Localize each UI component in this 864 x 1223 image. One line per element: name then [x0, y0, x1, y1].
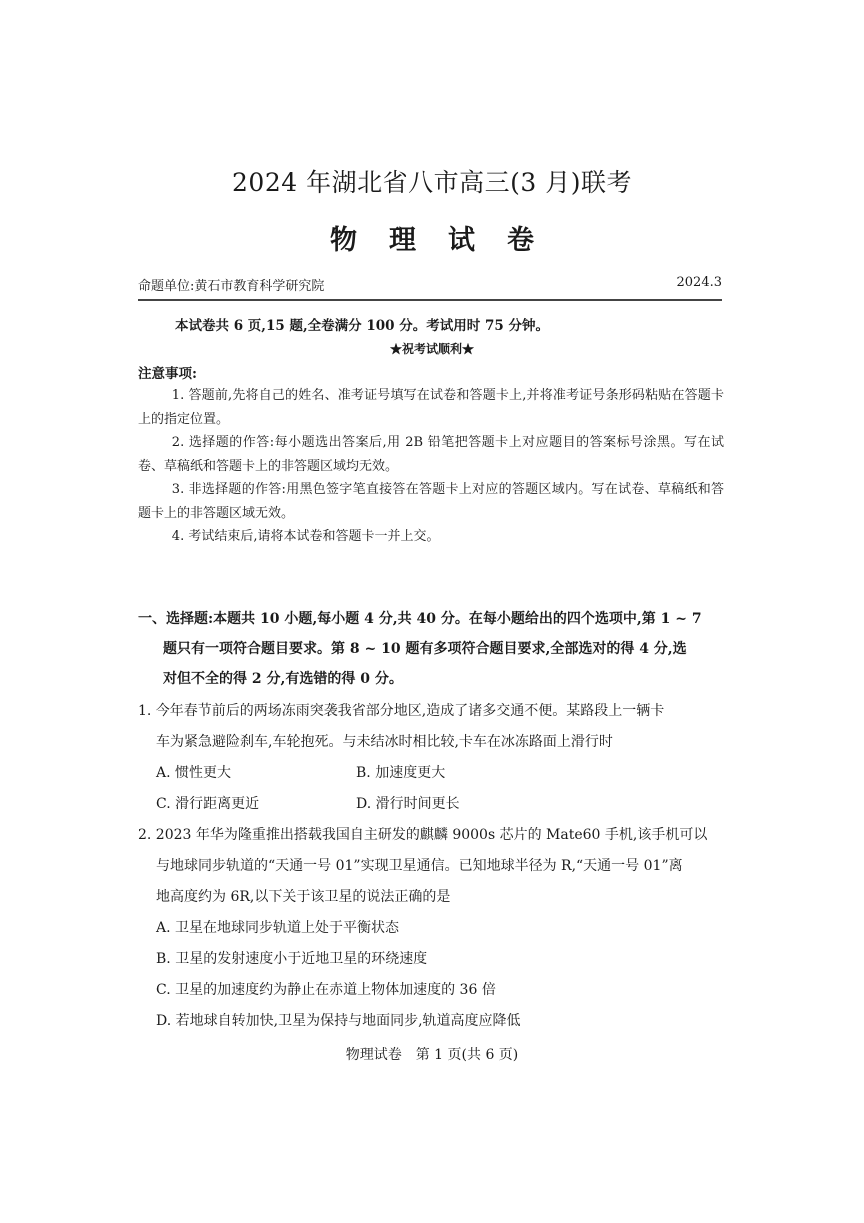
section-heading: 一、选择题:本题共 10 小题,每小题 4 分,共 40 分。在每小题给出的四个… — [138, 604, 724, 694]
subject-char: 理 — [389, 225, 416, 256]
notice-list: 1. 答题前,先将自己的姓名、准考证号填写在试卷和答题卡上,并将准考证号条形码粘… — [138, 384, 724, 549]
header-divider — [138, 299, 722, 301]
option-c: C. 卫星的加速度约为静止在赤道上物体加速度的 36 倍 — [156, 975, 728, 1006]
meta-line: 命题单位:黄石市教育科学研究院 2024.3 — [138, 275, 722, 294]
question-stem: 与地球同步轨道的“天通一号 01”实现卫星通信。已知地球半径为 R,“天通一号 … — [138, 851, 728, 882]
exam-title: 2024 年湖北省八市高三(3 月)联考 — [0, 163, 864, 199]
option-a: A. 卫星在地球同步轨道上处于平衡状态 — [156, 913, 728, 944]
exam-page: 2024 年湖北省八市高三(3 月)联考 物理试卷 命题单位:黄石市教育科学研究… — [0, 0, 864, 1223]
option-c: C. 滑行距离更近 — [156, 789, 356, 820]
good-luck-banner: ★祝考试顺利★ — [0, 340, 864, 357]
options: A. 卫星在地球同步轨道上处于平衡状态 B. 卫星的发射速度小于近地卫星的环绕速… — [138, 913, 728, 1037]
subject-title: 物理试卷 — [0, 218, 864, 257]
section-line: 题只有一项符合题目要求。第 8 ~ 10 题有多项符合题目要求,全部选对的得 4… — [138, 634, 724, 664]
notice-item: 2. 选择题的作答:每小题选出答案后,用 2B 铅笔把答题卡上对应题目的答案标号… — [138, 431, 724, 478]
option-b: B. 加速度更大 — [356, 758, 556, 789]
subject-char: 物 — [330, 225, 357, 256]
subject-char: 卷 — [507, 225, 534, 256]
options: A. 惯性更大 B. 加速度更大 C. 滑行距离更近 D. 滑行时间更长 — [138, 758, 728, 820]
question-stem: 车为紧急避险刹车,车轮抱死。与未结冰时相比较,卡车在冰冻路面上滑行时 — [138, 727, 728, 758]
exam-date: 2024.3 — [677, 275, 723, 294]
author-unit: 命题单位:黄石市教育科学研究院 — [138, 275, 324, 294]
option-d: D. 滑行时间更长 — [356, 789, 556, 820]
exam-info: 本试卷共 6 页,15 题,全卷满分 100 分。考试用时 75 分钟。 — [175, 314, 549, 334]
notice-item: 1. 答题前,先将自己的姓名、准考证号填写在试卷和答题卡上,并将准考证号条形码粘… — [138, 384, 724, 431]
section-line: 对但不全的得 2 分,有选错的得 0 分。 — [138, 664, 724, 694]
section-line: 一、选择题:本题共 10 小题,每小题 4 分,共 40 分。在每小题给出的四个… — [138, 604, 724, 634]
question-stem: 1. 今年春节前后的两场冻雨突袭我省部分地区,造成了诸多交通不便。某路段上一辆卡 — [138, 696, 728, 727]
question-2: 2. 2023 年华为隆重推出搭载我国自主研发的麒麟 9000s 芯片的 Mat… — [138, 820, 728, 1037]
notice-title: 注意事项: — [138, 362, 197, 382]
question-stem: 地高度约为 6R,以下关于该卫星的说法正确的是 — [138, 882, 728, 913]
option-a: A. 惯性更大 — [156, 758, 356, 789]
subject-char: 试 — [448, 225, 475, 256]
option-d: D. 若地球自转加快,卫星为保持与地面同步,轨道高度应降低 — [156, 1006, 728, 1037]
page-footer: 物理试卷 第 1 页(共 6 页) — [0, 1044, 864, 1064]
question-stem: 2. 2023 年华为隆重推出搭载我国自主研发的麒麟 9000s 芯片的 Mat… — [138, 820, 728, 851]
notice-item: 3. 非选择题的作答:用黑色签字笔直接答在答题卡上对应的答题区域内。写在试卷、草… — [138, 478, 724, 525]
option-b: B. 卫星的发射速度小于近地卫星的环绕速度 — [156, 944, 728, 975]
question-1: 1. 今年春节前后的两场冻雨突袭我省部分地区,造成了诸多交通不便。某路段上一辆卡… — [138, 696, 728, 820]
notice-item: 4. 考试结束后,请将本试卷和答题卡一并上交。 — [138, 525, 724, 549]
